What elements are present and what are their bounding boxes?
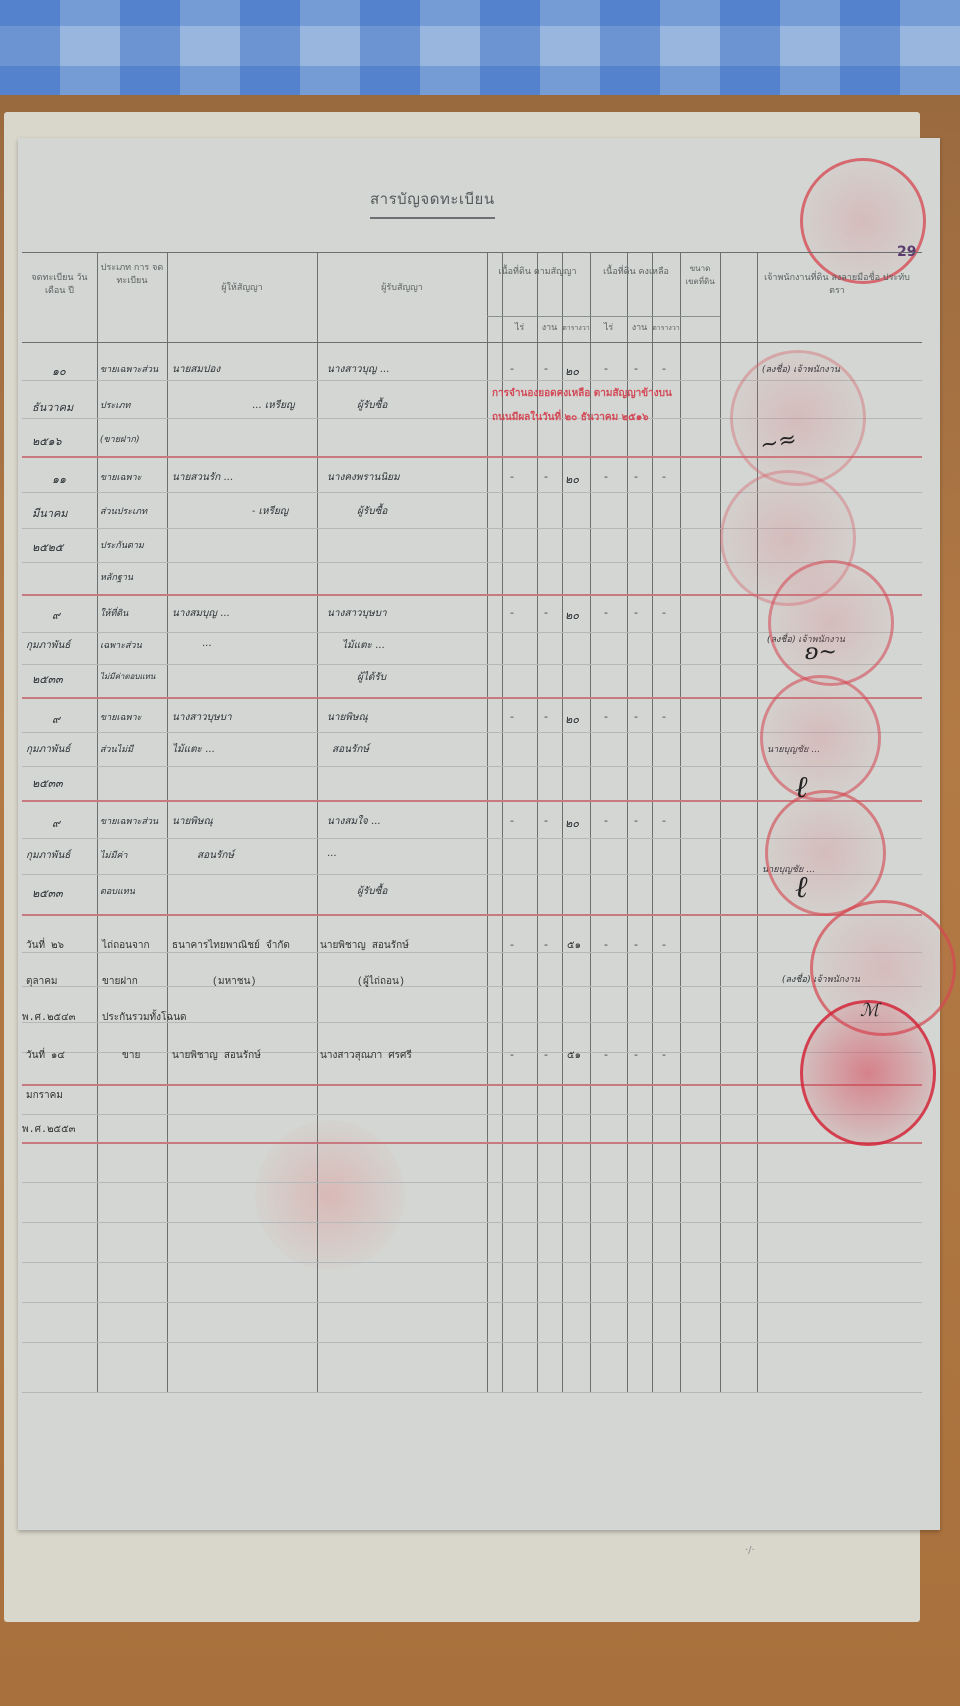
table-cell: ไถ่ถอนจาก <box>102 938 150 953</box>
signature-mark: ℓ <box>795 770 808 805</box>
table-cell: - <box>604 710 608 723</box>
header-grantor: ผู้ให้สัญญา <box>172 282 312 295</box>
table-rule-line <box>652 252 653 1392</box>
table-cell: ๒๐ <box>565 470 579 488</box>
table-cell: นางสาวบุญ ... <box>327 362 389 377</box>
table-cell: ๙ <box>52 710 60 728</box>
table-cell: ไม่มีค่า <box>100 848 127 862</box>
table-cell: (ผู้ไถ่ถอน) <box>357 974 405 989</box>
header-type: ประเภท การ จดทะเบียน <box>100 262 164 288</box>
table-cell: นายสวนรัก ... <box>172 470 233 485</box>
table-cell: ขายฝาก <box>102 974 138 989</box>
table-cell: ... <box>327 848 337 859</box>
table-cell: นางสาวบุษบา <box>327 606 387 621</box>
table-cell: สอนรักษ์ <box>197 848 234 863</box>
table-rule-line <box>22 252 922 253</box>
table-cell: ตุลาคม <box>26 974 58 989</box>
table-cell: (มหาชน) <box>212 974 256 989</box>
table-cell: นางสาวบุษบา <box>172 710 232 725</box>
signature-mark: ℳ <box>860 1000 879 1021</box>
table-cell: วันที่ ๑๔ <box>26 1048 65 1063</box>
table-cell: - <box>544 470 548 483</box>
table-rule-line <box>167 252 168 1392</box>
table-cell: ขาย <box>122 1048 140 1063</box>
table-cell: - <box>544 606 548 619</box>
table-rule-line <box>97 252 98 1392</box>
table-cell: ผู้รับซื้อ <box>357 504 387 519</box>
table-rule-line <box>22 1262 922 1263</box>
table-cell: ๑๐ <box>52 362 66 380</box>
table-cell: - <box>634 814 638 827</box>
table-rule-line <box>22 914 922 916</box>
table-cell: เฉพาะส่วน <box>100 638 142 652</box>
table-cell: - <box>510 362 514 375</box>
table-cell: - <box>604 814 608 827</box>
table-cell: นางสมใจ ... <box>327 814 381 829</box>
official-seal-stamp <box>768 560 894 686</box>
table-cell: - <box>544 1048 548 1061</box>
table-rule-line <box>22 1114 922 1115</box>
header-area-remaining: เนื้อที่ดิน คงเหลือ <box>594 266 678 279</box>
table-cell: - เหรียญ <box>252 504 288 519</box>
table-cell: ส่วนไม่มี <box>100 742 133 756</box>
table-cell: - <box>634 606 638 619</box>
table-cell: - <box>510 710 514 723</box>
table-rule-line <box>22 1342 922 1343</box>
table-cell: (ขายฝาก) <box>100 432 139 446</box>
table-cell: ... <box>202 638 212 649</box>
table-cell: นางสาวสุณภา ศรศรี <box>320 1048 412 1063</box>
signature-mark: ℓ <box>795 870 808 905</box>
table-cell: - <box>662 362 666 375</box>
header-date: จดทะเบียน วัน เดือน ปี <box>22 272 97 298</box>
table-rule-line <box>487 316 720 317</box>
official-seal-stamp <box>730 350 866 486</box>
table-cell: พ.ศ.๒๕๕๓ <box>22 1122 76 1137</box>
table-cell: ประเภท <box>100 398 130 412</box>
table-rule-line <box>22 1222 922 1223</box>
subheader-ngan: งาน <box>537 322 562 335</box>
table-cell: ส่วนประเภท <box>100 504 147 518</box>
table-cell: - <box>634 470 638 483</box>
table-cell: ๒๕๑๖ <box>32 432 62 450</box>
table-cell: - <box>544 814 548 827</box>
table-cell: ขายเฉพาะ <box>100 470 142 484</box>
table-cell: ให้ที่ดิน <box>100 606 128 620</box>
table-cell: - <box>662 606 666 619</box>
subheader-ngan-2: งาน <box>627 322 652 335</box>
table-cell: นายพิษณุ <box>327 710 368 725</box>
table-cell: ๒๐ <box>565 606 579 624</box>
table-cell: ๒๕๓๓ <box>32 774 63 792</box>
table-rule-line <box>22 1142 922 1144</box>
table-cell: - <box>544 938 548 951</box>
header-frontage: ขนาด เขตที่ดิน <box>682 262 718 288</box>
table-cell: ขายเฉพาะ <box>100 710 142 724</box>
table-cell: - <box>510 1048 514 1061</box>
table-cell: ๒๕๒๕ <box>32 538 63 556</box>
official-seal-stamp <box>760 675 881 801</box>
table-cell: - <box>604 606 608 619</box>
table-rule-line <box>22 952 922 953</box>
official-seal-stamp <box>765 790 886 916</box>
table-rule-line <box>22 800 922 802</box>
table-rule-line <box>680 252 681 1392</box>
table-cell: ผู้รับซื้อ <box>357 884 387 899</box>
table-cell: ๑๑ <box>52 470 66 488</box>
table-cell: ๕๑ <box>567 1048 581 1063</box>
table-cell: - <box>662 938 666 951</box>
table-cell: - <box>634 710 638 723</box>
table-cell: - <box>604 470 608 483</box>
table-cell: - <box>662 814 666 827</box>
header-officer: เจ้าพนักงานที่ดิน ลงลายมือชื่อ ประทับตรา <box>762 272 912 298</box>
table-cell: - <box>510 606 514 619</box>
subheader-wa-2: ตารางวา <box>652 322 680 335</box>
table-rule-line <box>720 252 721 1392</box>
table-rule-line <box>317 252 318 1392</box>
subheader-wa: ตารางวา <box>562 322 590 335</box>
table-cell: - <box>662 1048 666 1061</box>
subheader-rai-2: ไร่ <box>590 322 627 335</box>
table-cell: ๕๑ <box>567 938 581 953</box>
table-cell: ๒๕๓๓ <box>32 884 63 902</box>
header-area-contract: เนื้อที่ดิน ตามสัญญา <box>490 266 585 279</box>
table-cell: ขายเฉพาะส่วน <box>100 362 158 376</box>
table-cell: ๙ <box>52 814 60 832</box>
header-grantee: ผู้รับสัญญา <box>322 282 482 295</box>
table-cell: วันที่ ๒๖ <box>26 938 64 953</box>
table-cell: ไม้แตะ ... <box>342 638 385 653</box>
table-cell: นายสมปอง <box>172 362 220 377</box>
table-rule-line <box>22 1302 922 1303</box>
table-cell: - <box>544 362 548 375</box>
page-title: สารบัญจดทะเบียน <box>370 187 495 219</box>
table-cell: นายพิชาญ สอนรักษ์ <box>320 938 409 953</box>
table-rule-line <box>22 1392 922 1393</box>
table-cell: ๒๐ <box>565 814 579 832</box>
red-annotation: การจำนองยอดคงเหลือ ตามสัญญาข้างบน <box>492 386 672 401</box>
table-cell: ประกันรวมทั้งโฉนด <box>102 1010 187 1025</box>
table-cell: ธนาคารไทยพาณิชย์ จำกัด <box>172 938 290 953</box>
table-cell: ผู้รับซื้อ <box>357 398 387 413</box>
table-cell: ไม้แตะ ... <box>172 742 215 757</box>
table-rule-line <box>22 1052 922 1053</box>
signature-mark: ʚ~ <box>805 640 837 665</box>
table-rule-line <box>487 252 488 1392</box>
table-cell: ขายเฉพาะส่วน <box>100 814 158 828</box>
table-cell: ธันวาคม <box>32 398 73 416</box>
table-cell: - <box>634 938 638 951</box>
official-seal-stamp <box>800 1000 936 1146</box>
table-cell: - <box>604 362 608 375</box>
table-cell: - <box>510 470 514 483</box>
table-cell: พ.ศ.๒๕๔๓ <box>22 1010 76 1025</box>
table-cell: ไม่มีค่าตอบแทน <box>100 670 155 683</box>
table-cell: ... เหรียญ <box>252 398 294 413</box>
red-annotation: ถนนมีผลในวันที่ ๒๐ ธันวาคม ๒๕๑๖ <box>492 410 649 425</box>
table-cell: นายพิษณุ <box>172 814 213 829</box>
table-cell: - <box>544 710 548 723</box>
table-cell: - <box>634 1048 638 1061</box>
table-cell: กุมภาพันธ์ <box>26 638 70 653</box>
table-cell: - <box>662 710 666 723</box>
table-cell: - <box>662 470 666 483</box>
table-cell: ๒๐ <box>565 710 579 728</box>
table-cell: สอนรักษ์ <box>332 742 369 757</box>
table-cell: ตอบแทน <box>100 884 135 898</box>
table-cell: มกราคม <box>26 1088 63 1103</box>
table-cell: - <box>510 814 514 827</box>
table-cell: - <box>634 362 638 375</box>
pencil-mark: ·/· <box>745 1545 755 1556</box>
subheader-rai: ไร่ <box>502 322 537 335</box>
table-cell: หลักฐาน <box>100 570 133 584</box>
table-cell: - <box>604 1048 608 1061</box>
table-cell: ๙ <box>52 606 60 624</box>
table-cell: กุมภาพันธ์ <box>26 848 70 863</box>
table-cell: ประกันตาม <box>100 538 144 552</box>
table-rule-line <box>22 342 922 343</box>
table-cell: นางสมบุญ ... <box>172 606 230 621</box>
table-cell: นายพิชาญ สอนรักษ์ <box>172 1048 261 1063</box>
table-cell: นางคงพรานนิยม <box>327 470 400 485</box>
table-rule-line <box>22 1084 922 1086</box>
table-cell: - <box>510 938 514 951</box>
table-rule-line <box>22 986 922 987</box>
table-cell: ๒๕๓๓ <box>32 670 63 688</box>
table-rule-line <box>22 1182 922 1183</box>
table-cell: ผู้ได้รับ <box>357 670 386 685</box>
table-cell: มีนาคม <box>32 504 68 522</box>
table-cell: กุมภาพันธ์ <box>26 742 70 757</box>
table-cell: - <box>604 938 608 951</box>
table-cell: ๒๐ <box>565 362 579 380</box>
